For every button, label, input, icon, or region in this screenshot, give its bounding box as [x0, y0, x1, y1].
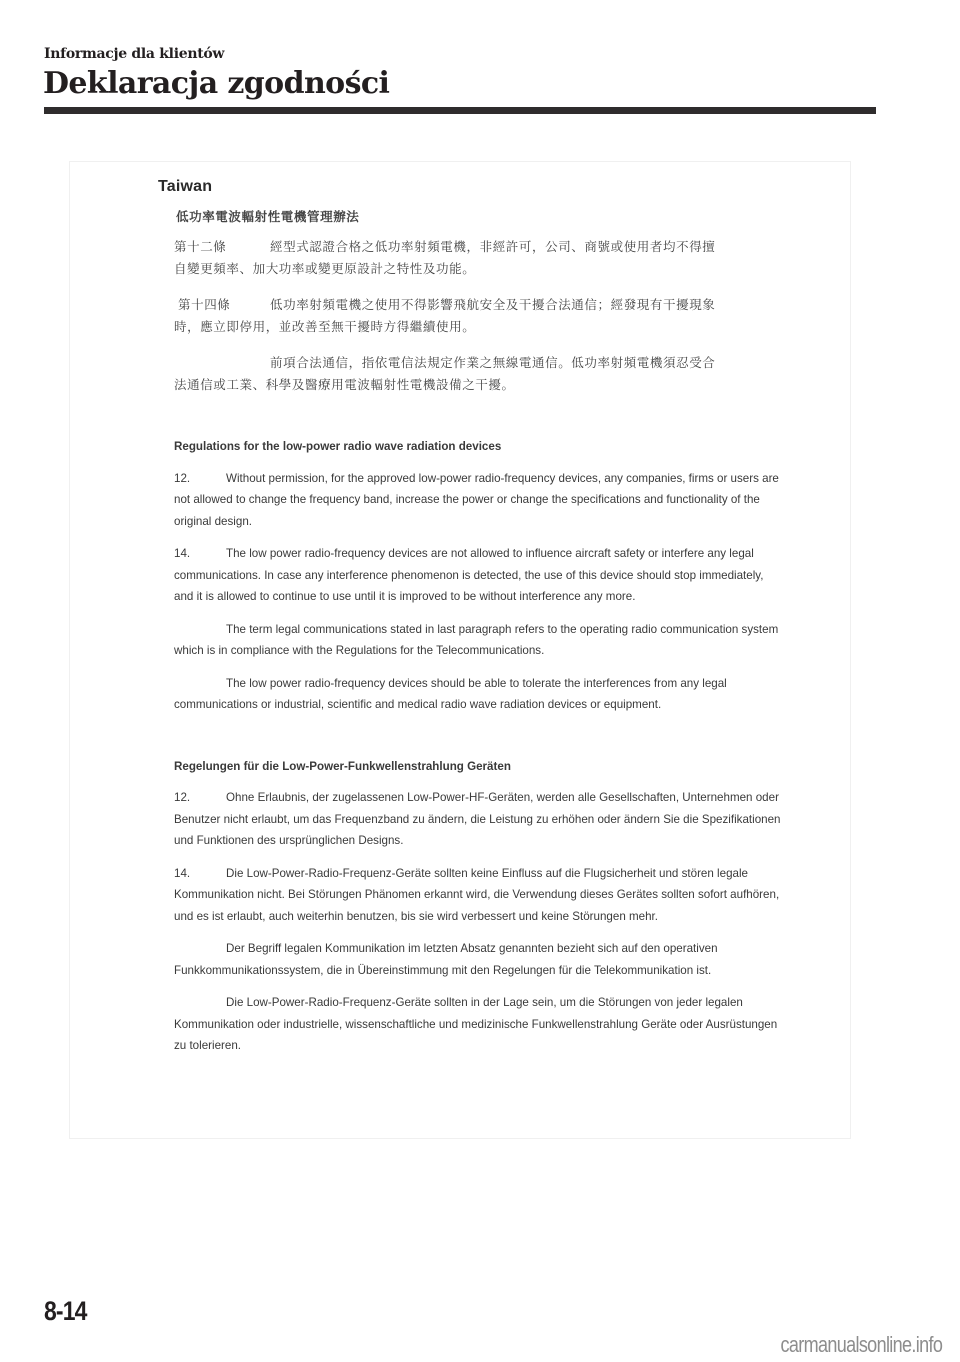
chinese-title: 低功率電波輻射性電機管理辦法 — [176, 206, 778, 228]
chinese-article-14-cont-line2: 法通信或工業、科學及醫療用電波輻射性電機設備之干擾。 — [174, 374, 778, 396]
english-heading: Regulations for the low-power radio wave… — [174, 436, 786, 458]
german-article-12-number: 12. — [174, 787, 226, 809]
chinese-article-14: 第十四條低功率射頻電機之使用不得影響飛航安全及干擾合法通信；經發現有干擾現象 時… — [174, 294, 778, 338]
country-heading: Taiwan — [158, 178, 778, 196]
english-paragraph-4: The low power radio-frequency devices sh… — [174, 673, 786, 716]
german-article-14: 14.Die Low-Power-Radio-Frequenz-Geräte s… — [174, 863, 786, 928]
german-paragraph-4-text: Die Low-Power-Radio-Frequenz-Geräte soll… — [174, 996, 777, 1052]
english-paragraph-3-text: The term legal communications stated in … — [174, 623, 778, 658]
page-title: Deklaracja zgodności — [43, 66, 389, 102]
chinese-article-12-line1: 經型式認證合格之低功率射頻電機，非經許可，公司、商號或使用者均不得擅 — [270, 239, 715, 254]
german-paragraph-4: Die Low-Power-Radio-Frequenz-Geräte soll… — [174, 992, 786, 1057]
chinese-article-14-number: 第十四條 — [174, 294, 270, 316]
german-article-14-number: 14. — [174, 863, 226, 885]
english-paragraph-3: The term legal communications stated in … — [174, 619, 786, 662]
declaration-document-image: Taiwan 低功率電波輻射性電機管理辦法 第十二條經型式認證合格之低功率射頻電… — [70, 162, 850, 1138]
english-article-12-text: Without permission, for the approved low… — [174, 472, 779, 528]
chinese-article-14-line1: 低功率射頻電機之使用不得影響飛航安全及干擾合法通信；經發現有干擾現象 — [270, 297, 715, 312]
english-article-14-text: The low power radio-frequency devices ar… — [174, 547, 763, 603]
section-label: Informacje dla klientów — [44, 46, 224, 62]
chinese-article-12-number: 第十二條 — [174, 236, 270, 258]
chinese-article-14-continued: 前項合法通信，指依電信法規定作業之無線電通信。低功率射頻電機須忍受合 法通信或工… — [174, 352, 778, 396]
english-article-14: 14.The low power radio-frequency devices… — [174, 543, 786, 608]
chinese-article-14-cont-line1: 前項合法通信，指依電信法規定作業之無線電通信。低功率射頻電機須忍受合 — [270, 355, 715, 370]
watermark: carmanualsonline.info — [780, 1332, 942, 1358]
english-article-12: 12.Without permission, for the approved … — [174, 468, 786, 533]
german-paragraph-3: Der Begriff legalen Kommunikation im let… — [174, 938, 786, 981]
chinese-article-14-line2: 時，應立即停用，並改善至無干擾時方得繼續使用。 — [174, 316, 778, 338]
page-number: 8-14 — [44, 1296, 87, 1327]
german-article-14-text: Die Low-Power-Radio-Frequenz-Geräte soll… — [174, 867, 779, 923]
title-rule — [44, 107, 876, 114]
chinese-article-12: 第十二條經型式認證合格之低功率射頻電機，非經許可，公司、商號或使用者均不得擅 自… — [174, 236, 778, 280]
german-paragraph-3-text: Der Begriff legalen Kommunikation im let… — [174, 942, 718, 977]
english-article-14-number: 14. — [174, 543, 226, 565]
english-paragraph-4-text: The low power radio-frequency devices sh… — [174, 677, 727, 712]
chinese-article-12-line2: 自變更頻率、加大功率或變更原設計之特性及功能。 — [174, 258, 778, 280]
german-article-12-text: Ohne Erlaubnis, der zugelassenen Low-Pow… — [174, 791, 781, 847]
document-content: Taiwan 低功率電波輻射性電機管理辦法 第十二條經型式認證合格之低功率射頻電… — [158, 178, 778, 1068]
german-heading: Regelungen für die Low-Power-Funkwellens… — [174, 756, 786, 778]
english-article-12-number: 12. — [174, 468, 226, 490]
german-article-12: 12.Ohne Erlaubnis, der zugelassenen Low-… — [174, 787, 786, 852]
